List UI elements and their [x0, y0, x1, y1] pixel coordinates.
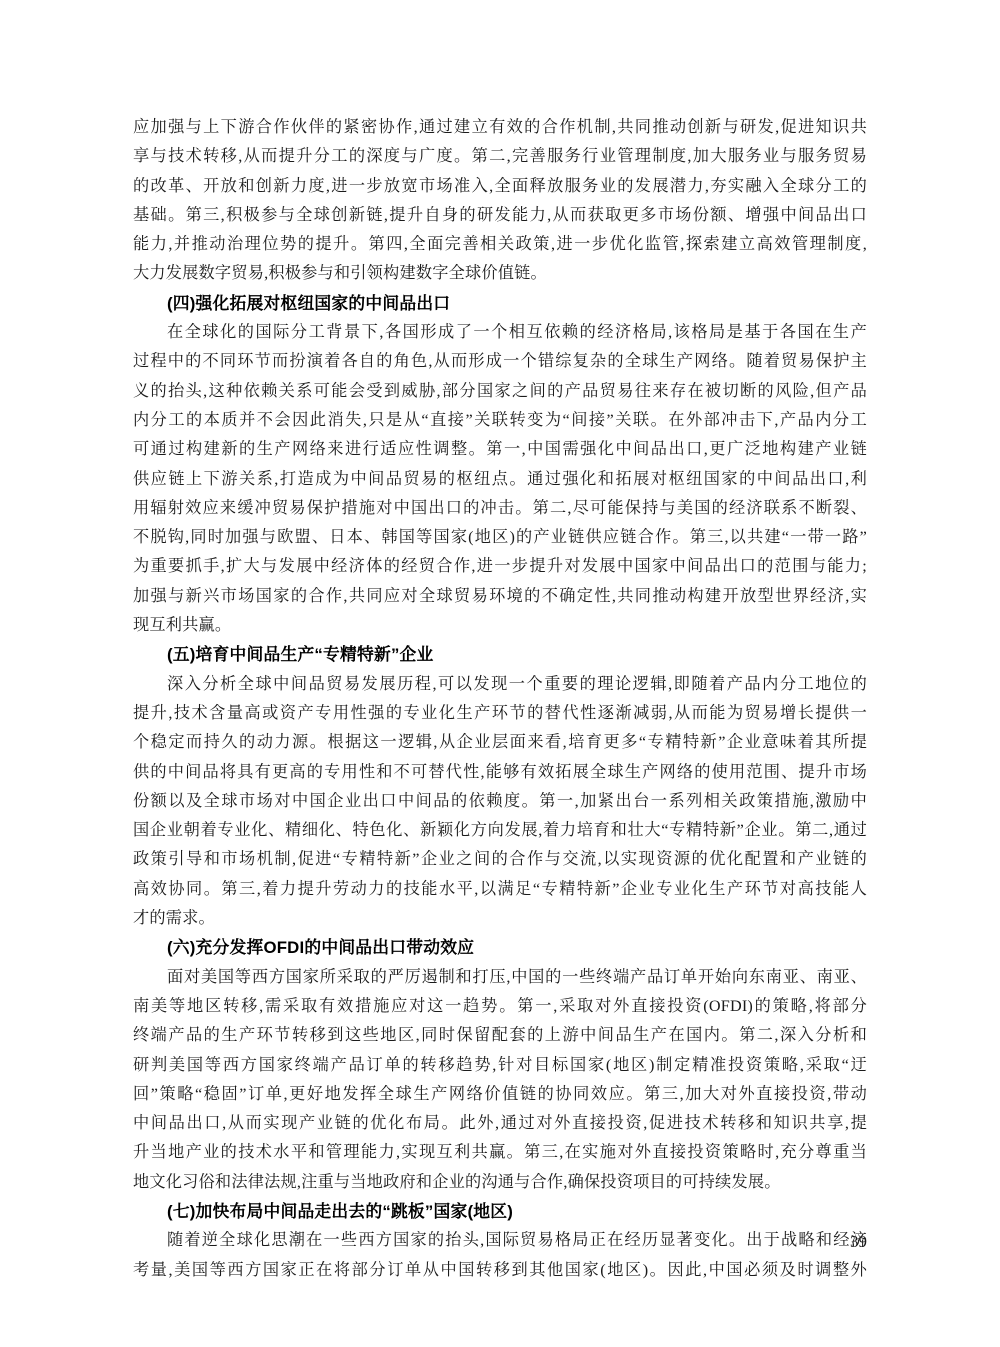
text-line: 南美等地区转移,需采取有效措施应对这一趋势。第一,采取对外直接投资(OFDI)的…: [133, 992, 867, 1021]
document-page: 应加强与上下游合作伙伴的紧密协作,通过建立有效的合作机制,共同推动创新与研发,促…: [0, 0, 1000, 1347]
text-line: 享与技术转移,从而提升分工的深度与广度。第二,完善服务行业管理制度,加大服务业与…: [133, 142, 867, 171]
text-line: 大力发展数字贸易,积极参与和引领构建数字全球价值链。: [133, 259, 867, 288]
text-line: 研判美国等西方国家终端产品订单的转移趋势,针对目标国家(地区)制定精准投资策略,…: [133, 1051, 867, 1080]
text-block: 应加强与上下游合作伙伴的紧密协作,通过建立有效的合作机制,共同推动创新与研发,促…: [133, 113, 867, 1285]
text-line: 基础。第三,积极参与全球创新链,提升自身的研发能力,从而获取更多市场份额、增强中…: [133, 201, 867, 230]
section-heading-4: (四)强化拓展对枢纽国家的中间品出口: [133, 289, 867, 318]
text-line: 个稳定而持久的动力源。根据这一逻辑,从企业层面来看,培育更多“专精特新”企业意味…: [133, 728, 867, 757]
text-line: 终端产品的生产环节转移到这些地区,同时保留配套的上游中间品生产在国内。第二,深入…: [133, 1021, 867, 1050]
text-line: 供应链上下游关系,打造成为中间品贸易的枢纽点。通过强化和拓展对枢纽国家的中间品出…: [133, 465, 867, 494]
text-line: 可通过构建新的生产网络来进行适应性调整。第一,中国需强化中间品出口,更广泛地构建…: [133, 435, 867, 464]
text-line: 用辐射效应来缓冲贸易保护措施对中国出口的冲击。第二,尽可能保持与美国的经济联系不…: [133, 494, 867, 523]
section-heading-5: (五)培育中间品生产“专精特新”企业: [133, 640, 867, 669]
section-heading-7: (七)加快布局中间品走出去的“跳板”国家(地区): [133, 1197, 867, 1226]
text-line: 国企业朝着专业化、精细化、特色化、新颖化方向发展,着力培育和壮大“专精特新”企业…: [133, 816, 867, 845]
text-line: 在全球化的国际分工背景下,各国形成了一个相互依赖的经济格局,该格局是基于各国在生…: [133, 318, 867, 347]
text-line: 政策引导和市场机制,促进“专精特新”企业之间的合作与交流,以实现资源的优化配置和…: [133, 845, 867, 874]
text-line: 升当地产业的技术水平和管理能力,实现互利共赢。第三,在实施对外直接投资策略时,充…: [133, 1138, 867, 1167]
text-line: 加强与新兴市场国家的合作,共同应对全球贸易环境的不确定性,共同推动构建开放型世界…: [133, 582, 867, 611]
text-line: 回”策略“稳固”订单,更好地发挥全球生产网络价值链的协同效应。第三,加大对外直接…: [133, 1080, 867, 1109]
text-line: 提升,技术含量高或资产专用性强的专业化生产环节的替代性逐渐减弱,从而能为贸易增长…: [133, 699, 867, 728]
text-line: 考量,美国等西方国家正在将部分订单从中国转移到其他国家(地区)。因此,中国必须及…: [133, 1256, 867, 1285]
page-number: 39: [133, 1227, 867, 1256]
text-line: 能力,并推动治理位势的提升。第四,全面完善相关政策,进一步优化监管,探索建立高效…: [133, 230, 867, 259]
text-line: 面对美国等西方国家所采取的严厉遏制和打压,中国的一些终端产品订单开始向东南亚、南…: [133, 963, 867, 992]
section-heading-6: (六)充分发挥OFDI的中间品出口带动效应: [133, 933, 867, 962]
text-line: 深入分析全球中间品贸易发展历程,可以发现一个重要的理论逻辑,即随着产品内分工地位…: [133, 670, 867, 699]
text-line: 内分工的本质并不会因此消失,只是从“直接”关联转变为“间接”关联。在外部冲击下,…: [133, 406, 867, 435]
text-line: 过程中的不同环节而扮演着各自的角色,从而形成一个错综复杂的全球生产网络。随着贸易…: [133, 347, 867, 376]
text-line: 的改革、开放和创新力度,进一步放宽市场准入,全面释放服务业的发展潜力,夯实融入全…: [133, 172, 867, 201]
text-line: 高效协同。第三,着力提升劳动力的技能水平,以满足“专精特新”企业专业化生产环节对…: [133, 875, 867, 904]
text-line: 地文化习俗和法律法规,注重与当地政府和企业的沟通与合作,确保投资项目的可持续发展…: [133, 1168, 867, 1197]
text-line: 义的抬头,这种依赖关系可能会受到威胁,部分国家之间的产品贸易往来存在被切断的风险…: [133, 377, 867, 406]
text-line: 才的需求。: [133, 904, 867, 933]
text-line: 现互利共赢。: [133, 611, 867, 640]
text-line: 不脱钩,同时加强与欧盟、日本、韩国等国家(地区)的产业链供应链合作。第三,以共建…: [133, 523, 867, 552]
text-line: 中间品出口,从而实现产业链的优化布局。此外,通过对外直接投资,促进技术转移和知识…: [133, 1109, 867, 1138]
text-line: 供的中间品将具有更高的专用性和不可替代性,能够有效拓展全球生产网络的使用范围、提…: [133, 758, 867, 787]
text-line: 份额以及全球市场对中国企业出口中间品的依赖度。第一,加紧出台一系列相关政策措施,…: [133, 787, 867, 816]
text-line: 应加强与上下游合作伙伴的紧密协作,通过建立有效的合作机制,共同推动创新与研发,促…: [133, 113, 867, 142]
text-line: 为重要抓手,扩大与发展中经济体的经贸合作,进一步提升对发展中国家中间品出口的范围…: [133, 552, 867, 581]
